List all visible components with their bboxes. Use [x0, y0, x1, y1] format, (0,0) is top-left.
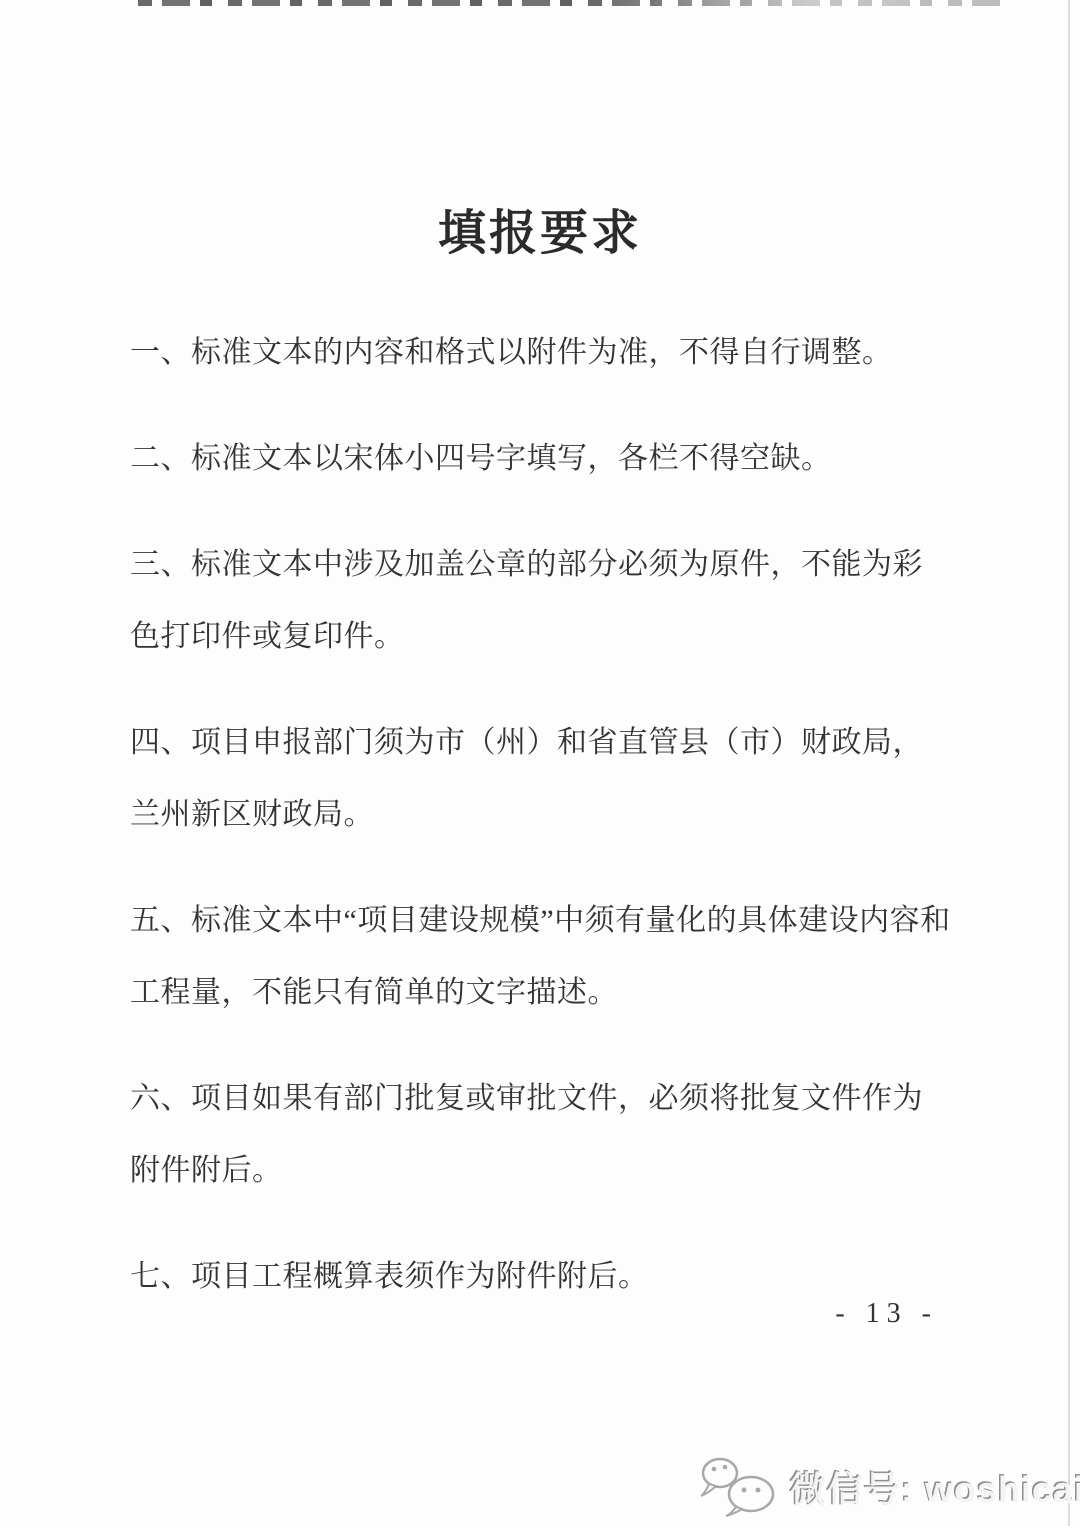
requirement-item-3: 三、标准文本中涉及加盖公章的部分必须为原件，不能为彩色打印件或复印件。	[130, 529, 952, 673]
requirement-item-2: 二、标准文本以宋体小四号字填写，各栏不得空缺。	[130, 423, 952, 495]
requirement-item-7: 七、项目工程概算表须作为附件附后。	[130, 1241, 952, 1313]
requirement-item-6: 六、项目如果有部门批复或审批文件，必须将批复文件作为附件附后。	[130, 1063, 952, 1207]
watermark-text: 微信号: woshicaiwuren	[790, 1462, 1080, 1513]
requirements-list: 一、标准文本的内容和格式以附件为准，不得自行调整。 二、标准文本以宋体小四号字填…	[130, 317, 952, 1313]
requirement-item-4: 四、项目申报部门须为市（州）和省直管县（市）财政局，兰州新区财政局。	[130, 707, 952, 851]
watermark: 微信号: woshicaiwuren	[696, 1456, 1080, 1518]
page-number: - 13 -	[835, 1298, 938, 1330]
document-page: 填报要求 一、标准文本的内容和格式以附件为准，不得自行调整。 二、标准文本以宋体…	[0, 0, 1080, 1526]
clipped-previous-line-fragments	[138, 0, 1000, 6]
requirement-item-1: 一、标准文本的内容和格式以附件为准，不得自行调整。	[130, 317, 952, 389]
page-title: 填报要求	[0, 206, 1080, 261]
scan-artifact-line	[1068, 0, 1070, 1526]
wechat-icon	[696, 1456, 782, 1518]
requirement-item-5: 五、标准文本中“项目建设规模”中须有量化的具体建设内容和工程量，不能只有简单的文…	[130, 885, 952, 1029]
